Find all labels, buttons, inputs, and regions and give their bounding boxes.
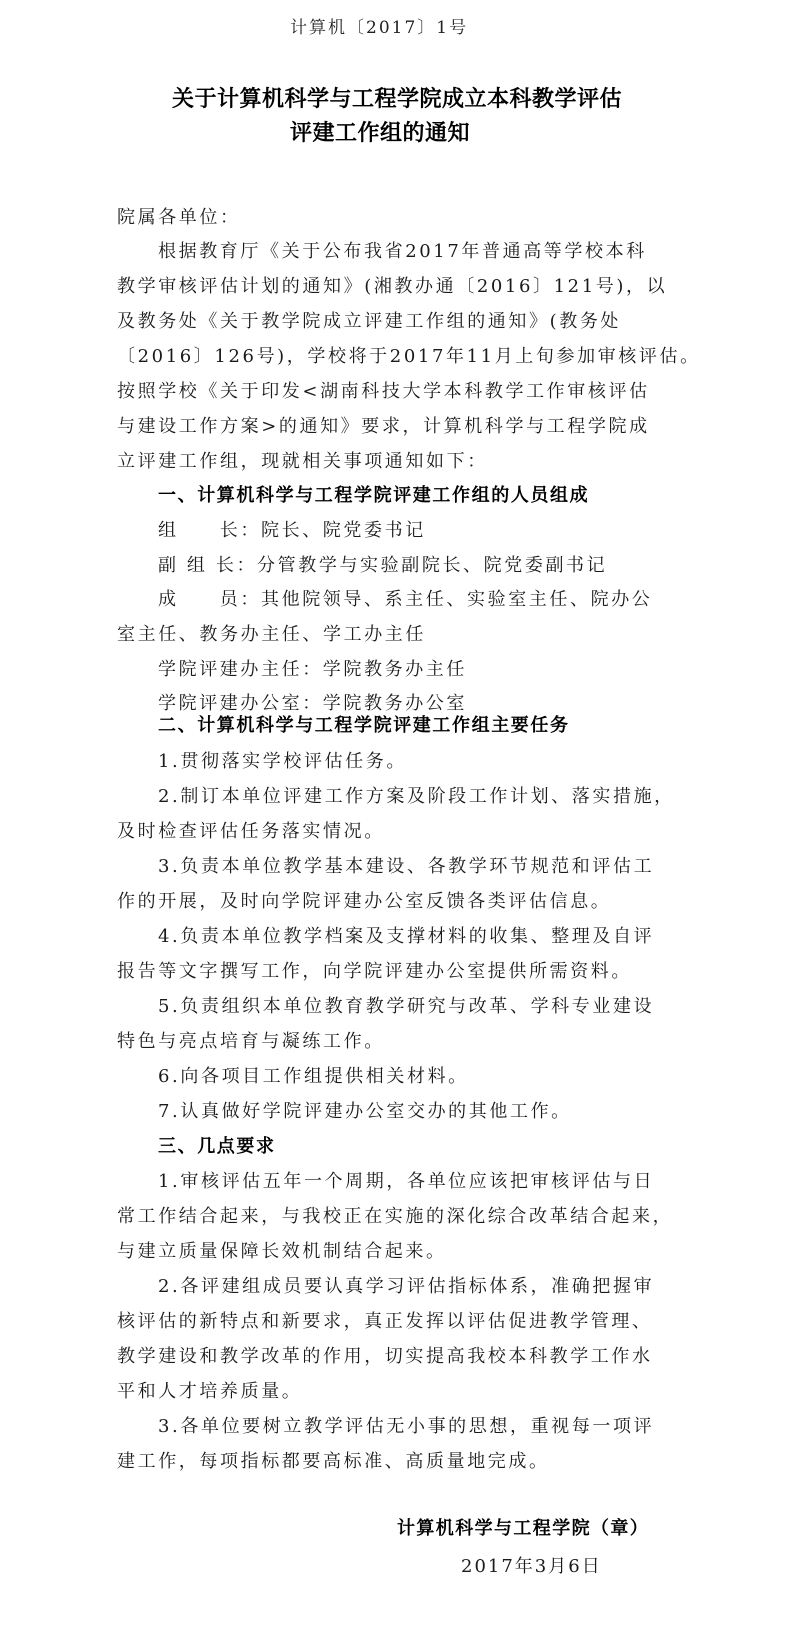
section-line: 教学建设和教学改革的作用，切实提高我校本科教学工作水 bbox=[117, 1345, 653, 1369]
paragraph-line: 立评建工作组，现就相关事项通知如下： bbox=[117, 450, 488, 474]
paragraph-line: 按照学校《关于印发<湖南科技大学本科教学工作审核评估 bbox=[117, 380, 650, 404]
document-title-line-2: 评建工作组的通知 bbox=[290, 122, 470, 146]
section-heading: 三、几点要求 bbox=[158, 1135, 276, 1159]
document-title-line-1: 关于计算机科学与工程学院成立本科教学评估 bbox=[172, 88, 622, 112]
salutation: 院属各单位： bbox=[117, 206, 241, 230]
section-line: 建工作，每项指标都要高标准、高质量地完成。 bbox=[117, 1450, 550, 1474]
paragraph-line: 根据教育厅《关于公布我省2017年普通高等学校本科 bbox=[158, 240, 647, 264]
section-line: 学院评建办主任：学院教务办主任 bbox=[158, 658, 467, 682]
section-line: 平和人才培养质量。 bbox=[117, 1380, 302, 1404]
section-line: 作的开展，及时向学院评建办公室反馈各类评估信息。 bbox=[117, 890, 611, 914]
paragraph-line: 教学审核评估计划的通知》(湘教办通〔2016〕121号)，以 bbox=[117, 275, 667, 299]
section-line: 7.认真做好学院评建办公室交办的其他工作。 bbox=[158, 1100, 572, 1124]
paragraph-line: 及教务处《关于教学院成立评建工作组的通知》(教务处 bbox=[117, 310, 621, 334]
date: 2017年3月6日 bbox=[461, 1555, 602, 1579]
section-line: 4.负责本单位教学档案及支撑材料的收集、整理及自评 bbox=[158, 925, 654, 949]
section-line: 3.各单位要树立教学评估无小事的思想，重视每一项评 bbox=[158, 1415, 654, 1439]
section-line: 副 组 长：分管教学与实验副院长、院党委副书记 bbox=[158, 554, 607, 578]
section-line: 常工作结合起来，与我校正在实施的深化综合改革结合起来， bbox=[117, 1205, 673, 1229]
section-line: 2.制订本单位评建工作方案及阶段工作计划、落实措施， bbox=[158, 785, 675, 809]
section-line: 核评估的新特点和新要求，真正发挥以评估促进教学管理、 bbox=[117, 1310, 653, 1334]
section-line: 特色与亮点培育与凝练工作。 bbox=[117, 1030, 385, 1054]
section-line: 组 长：院长、院党委书记 bbox=[158, 519, 426, 543]
section-line: 3.负责本单位教学基本建设、各教学环节规范和评估工 bbox=[158, 855, 654, 879]
document-number: 计算机〔2017〕1号 bbox=[290, 16, 468, 40]
section-line: 及时检查评估任务落实情况。 bbox=[117, 820, 385, 844]
signature: 计算机科学与工程学院（章） bbox=[397, 1517, 649, 1541]
section-line: 学院评建办公室：学院教务办公室 bbox=[158, 692, 467, 716]
section-line: 报告等文字撰写工作，向学院评建办公室提供所需资料。 bbox=[117, 960, 632, 984]
paragraph-line: 〔2016〕126号)，学校将于2017年11月上旬参加审核评估。 bbox=[117, 345, 701, 369]
section-line: 2.各评建组成员要认真学习评估指标体系，准确把握审 bbox=[158, 1275, 654, 1299]
section-line: 与建立质量保障长效机制结合起来。 bbox=[117, 1240, 447, 1264]
section-line: 5.负责组织本单位教育教学研究与改革、学科专业建设 bbox=[158, 995, 654, 1019]
section-line: 6.向各项目工作组提供相关材料。 bbox=[158, 1065, 469, 1089]
section-heading: 二、计算机科学与工程学院评建工作组主要任务 bbox=[158, 714, 570, 738]
paragraph-line: 与建设工作方案>的通知》要求，计算机科学与工程学院成 bbox=[117, 415, 650, 439]
section-line: 室主任、教务办主任、学工办主任 bbox=[117, 623, 426, 647]
section-line: 1.审核评估五年一个周期，各单位应该把审核评估与日 bbox=[158, 1170, 654, 1194]
section-line: 1.贯彻落实学校评估任务。 bbox=[158, 750, 407, 774]
section-heading: 一、计算机科学与工程学院评建工作组的人员组成 bbox=[158, 484, 589, 508]
section-line: 成 员：其他院领导、系主任、实验室主任、院办公 bbox=[158, 588, 652, 612]
